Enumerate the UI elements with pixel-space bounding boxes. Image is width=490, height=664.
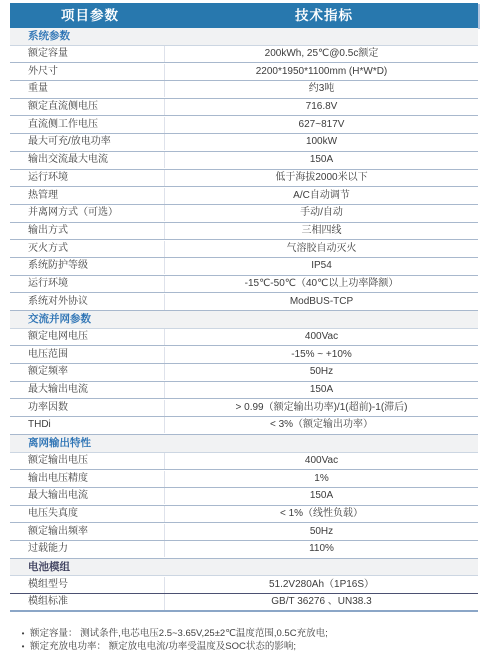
param-value: 200kWh, 25℃@0.5c额定 (165, 46, 478, 62)
spec-row: 模组型号51.2V280Ah（1P16S） (10, 576, 478, 594)
param-name: 热管理 (10, 188, 165, 204)
footnote: •额定充放电功率： 额定放电电流/功率受温度及SOC状态的影响; (16, 640, 478, 653)
param-name: 最大输出电流 (10, 488, 165, 504)
param-name: THDi (10, 417, 165, 433)
table-header-bar: 项目参数 技术指标 (10, 3, 478, 28)
spec-row: 电压范围-15% ~ +10% (10, 346, 478, 364)
param-value: 1% (165, 471, 478, 487)
param-value: 50Hz (165, 364, 478, 380)
section-title: 交流并网参数 (10, 311, 478, 329)
spec-row: 额定输出频率50Hz (10, 523, 478, 541)
param-value: 51.2V280Ah（1P16S） (165, 577, 478, 593)
param-value: A/C自动调节 (165, 188, 478, 204)
spec-table-body: 系统参数额定容量200kWh, 25℃@0.5c额定外尺寸2200*1950*1… (10, 28, 478, 612)
param-name: 电压范围 (10, 347, 165, 363)
param-value: ModBUS-TCP (165, 294, 478, 310)
param-name: 额定电网电压 (10, 329, 165, 345)
param-value: 三相四线 (165, 223, 478, 239)
spec-row: 功率因数> 0.99（额定输出功率)/1(超前)-1(滞后) (10, 399, 478, 417)
spec-row: 运行环境低于海拔2000米以下 (10, 170, 478, 188)
param-name: 运行环境 (10, 276, 165, 292)
header-param-col: 项目参数 (10, 3, 170, 28)
param-name: 系统对外协议 (10, 294, 165, 310)
spec-row: 额定容量200kWh, 25℃@0.5c额定 (10, 46, 478, 64)
param-value: 100kW (165, 134, 478, 150)
param-name: 过载能力 (10, 541, 165, 557)
param-value: 150A (165, 152, 478, 168)
spec-row: 系统防护等级IP54 (10, 258, 478, 276)
spec-row: 模组标准GB/T 36276 、UN38.3 (10, 594, 478, 612)
param-value: -15% ~ +10% (165, 347, 478, 363)
param-name: 最大可充/放电功率 (10, 134, 165, 150)
param-name: 灭火方式 (10, 241, 165, 257)
spec-row: 电压失真度< 1%（线性负载） (10, 506, 478, 524)
param-name: 额定输出频率 (10, 524, 165, 540)
param-name: 额定输出电压 (10, 453, 165, 469)
spec-row: 输出电压精度1% (10, 470, 478, 488)
param-value: 150A (165, 382, 478, 398)
param-value: 110% (165, 541, 478, 557)
param-value: 气溶胶自动灭火 (165, 241, 478, 257)
param-name: 功率因数 (10, 400, 165, 416)
param-name: 运行环境 (10, 170, 165, 186)
spec-row: 过载能力110% (10, 541, 478, 559)
param-name: 额定容量 (10, 46, 165, 62)
param-name: 模组型号 (10, 577, 165, 593)
param-value: GB/T 36276 、UN38.3 (165, 594, 478, 610)
spec-row: 系统对外协议ModBUS-TCP (10, 293, 478, 311)
param-value: 低于海拔2000米以下 (165, 170, 478, 186)
param-name: 额定频率 (10, 364, 165, 380)
spec-row: 直流侧工作电压627~817V (10, 116, 478, 134)
footnote: •额定容量： 测试条件,电芯电压2.5~3.65V,25±2℃温度范围,0.5C… (16, 627, 478, 640)
bullet-icon: • (16, 640, 30, 653)
bullet-icon: • (16, 627, 30, 640)
param-value: < 3%（额定输出功率） (165, 417, 478, 433)
section-title: 离网输出特性 (10, 435, 478, 453)
param-value: -15℃-50℃（40℃以上功率降额） (165, 276, 478, 292)
spec-row: 灭火方式气溶胶自动灭火 (10, 240, 478, 258)
param-value: 716.8V (165, 99, 478, 115)
spec-row: 运行环境-15℃-50℃（40℃以上功率降额） (10, 276, 478, 294)
section-title: 电池模组 (10, 559, 478, 577)
param-value: 约3吨 (165, 81, 478, 97)
param-value: < 1%（线性负载） (165, 506, 478, 522)
spec-row: 额定直流侧电压716.8V (10, 99, 478, 117)
footnotes: •额定容量： 测试条件,电芯电压2.5~3.65V,25±2℃温度范围,0.5C… (10, 627, 478, 653)
spec-row: 额定频率50Hz (10, 364, 478, 382)
param-name: 最大输出电流 (10, 382, 165, 398)
param-value: IP54 (165, 258, 478, 274)
param-value: 50Hz (165, 524, 478, 540)
spec-sheet-page: 项目参数 技术指标 系统参数额定容量200kWh, 25℃@0.5c额定外尺寸2… (0, 0, 490, 664)
param-value: 150A (165, 488, 478, 504)
spec-row: 热管理A/C自动调节 (10, 187, 478, 205)
spec-row: 额定电网电压400Vac (10, 329, 478, 347)
param-name: 重量 (10, 81, 165, 97)
footnote-text: 额定充放电功率： 额定放电电流/功率受温度及SOC状态的影响; (30, 640, 296, 653)
param-name: 系统防护等级 (10, 258, 165, 274)
spec-row: 最大可充/放电功率100kW (10, 134, 478, 152)
spec-row: 输出方式三相四线 (10, 223, 478, 241)
header-value-col: 技术指标 (170, 3, 478, 28)
param-name: 输出方式 (10, 223, 165, 239)
param-value: > 0.99（额定输出功率)/1(超前)-1(滞后) (165, 400, 478, 416)
param-name: 额定直流侧电压 (10, 99, 165, 115)
param-value: 手动/自动 (165, 205, 478, 221)
spec-row: 外尺寸2200*1950*1100mm (H*W*D) (10, 63, 478, 81)
spec-row: 输出交流最大电流150A (10, 152, 478, 170)
param-value: 400Vac (165, 453, 478, 469)
param-name: 直流侧工作电压 (10, 117, 165, 133)
spec-row: THDi< 3%（额定输出功率） (10, 417, 478, 435)
spec-row: 额定输出电压400Vac (10, 453, 478, 471)
param-value: 400Vac (165, 329, 478, 345)
param-name: 输出交流最大电流 (10, 152, 165, 168)
spec-row: 并离网方式（可选）手动/自动 (10, 205, 478, 223)
spec-row: 重量约3吨 (10, 81, 478, 99)
spec-row: 最大输出电流150A (10, 382, 478, 400)
param-name: 输出电压精度 (10, 471, 165, 487)
param-name: 并离网方式（可选） (10, 205, 165, 221)
param-value: 2200*1950*1100mm (H*W*D) (165, 64, 478, 80)
spec-row: 最大输出电流150A (10, 488, 478, 506)
section-title: 系统参数 (10, 28, 478, 46)
param-name: 电压失真度 (10, 506, 165, 522)
param-name: 模组标准 (10, 594, 165, 610)
param-name: 外尺寸 (10, 64, 165, 80)
param-value: 627~817V (165, 117, 478, 133)
footnote-text: 额定容量： 测试条件,电芯电压2.5~3.65V,25±2℃温度范围,0.5C充… (30, 627, 328, 640)
